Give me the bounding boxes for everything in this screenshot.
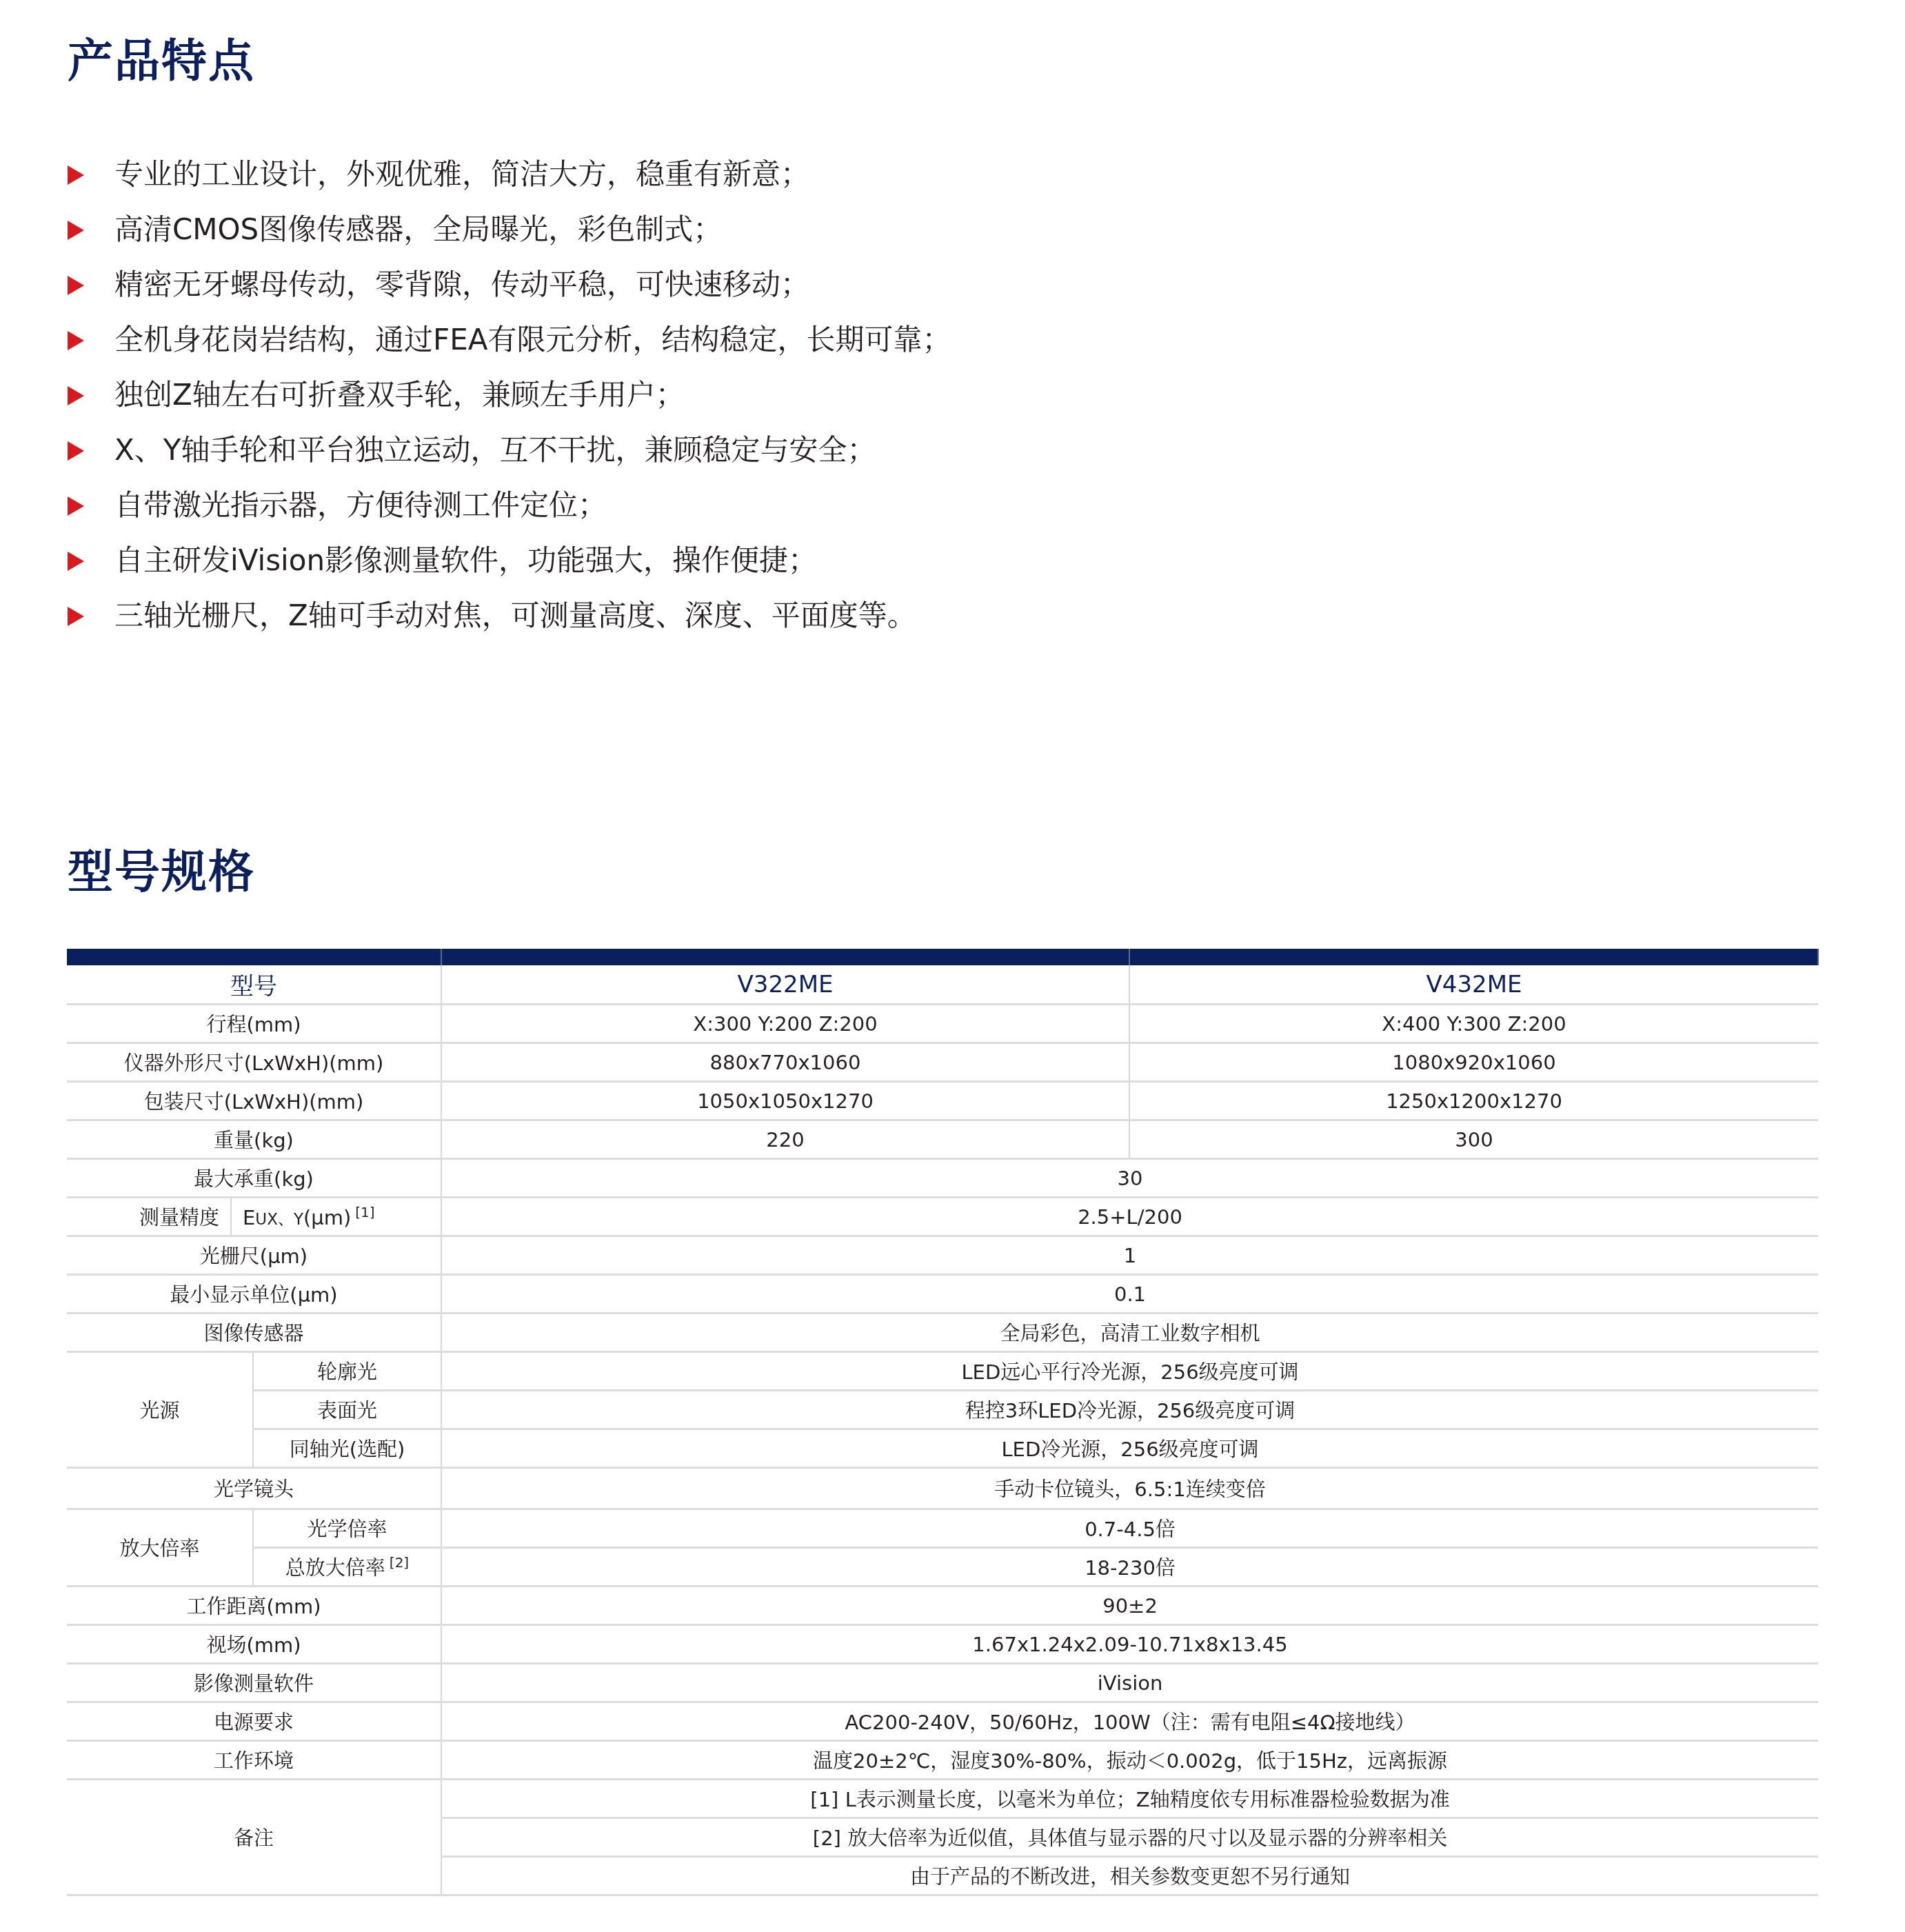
sub-label: 表面光	[253, 1391, 441, 1429]
feature-text: 自主研发iVision影像测量软件，功能强大，操作便捷；	[114, 538, 817, 579]
cell-value: 300	[1129, 1120, 1818, 1159]
feature-item: 独创Z轴左右可折叠双手轮，兼顾左手用户；	[68, 365, 951, 421]
bullet-triangle-icon	[68, 276, 84, 295]
cell-value: 程控3环LED冷光源，256级亮度可调	[441, 1391, 1818, 1429]
bullet-triangle-icon	[68, 165, 84, 185]
bullet-triangle-icon	[68, 496, 84, 516]
remark-line: [1] L表示测量长度，以毫米为单位；Z轴精度依专用标准器检验数据为准	[441, 1780, 1818, 1818]
bullet-triangle-icon	[68, 331, 84, 350]
spec-table: 型号 V322ME V432ME 行程(mm) X:300 Y:200 Z:20…	[67, 949, 1819, 1896]
table-row: 工作距离(mm) 90±2	[67, 1587, 1818, 1625]
table-row: 光栅尺(μm) 1	[67, 1236, 1818, 1275]
cell-value: 1250x1200x1270	[1129, 1082, 1818, 1120]
cell-value: 880x770x1060	[441, 1043, 1129, 1082]
features-title: 产品特点	[68, 39, 255, 84]
feature-item: 全机身花岗岩结构，通过FEA有限元分析，结构稳定，长期可靠；	[68, 310, 951, 365]
cell-value: 1	[441, 1236, 1818, 1275]
row-label: 最小显示单位(μm)	[67, 1275, 441, 1314]
row-label: 工作环境	[67, 1741, 441, 1780]
sub-label: 光学倍率	[253, 1509, 441, 1548]
cell-value: AC200-240V，50/60Hz，100W（注：需有电阻≤4Ω接地线）	[441, 1702, 1818, 1741]
table-row: 放大倍率 光学倍率 0.7-4.5倍	[67, 1509, 1818, 1548]
cell-value: 90±2	[441, 1587, 1818, 1625]
bullet-triangle-icon	[68, 607, 84, 626]
feature-text: 独创Z轴左右可折叠双手轮，兼顾左手用户；	[114, 372, 685, 414]
table-row: 工作环境 温度20±2℃，湿度30%-80%，振动＜0.002g，低于15Hz，…	[67, 1741, 1818, 1780]
table-row: 包装尺寸(LxWxH)(mm) 1050x1050x1270 1250x1200…	[67, 1082, 1818, 1120]
cell-value: 全局彩色，高清工业数字相机	[441, 1314, 1818, 1352]
cell-value: 1080x920x1060	[1129, 1043, 1818, 1082]
cell-value: 220	[441, 1120, 1129, 1159]
row-label: 行程(mm)	[67, 1005, 441, 1043]
cell-value: 30	[441, 1159, 1818, 1198]
row-label: 影像测量软件	[67, 1664, 441, 1702]
sub-label: 同轴光(选配)	[253, 1429, 441, 1468]
bullet-triangle-icon	[68, 386, 84, 405]
model-label: 型号	[67, 965, 441, 1005]
feature-text: 全机身花岗岩结构，通过FEA有限元分析，结构稳定，长期可靠；	[114, 317, 951, 359]
feature-item: 自带激光指示器，方便待测工件定位；	[68, 476, 951, 531]
row-label: 仪器外形尺寸(LxWxH)(mm)	[67, 1043, 441, 1082]
group-label-magnification: 放大倍率	[67, 1509, 253, 1587]
table-row: 同轴光(选配) LED冷光源，256级亮度可调	[67, 1429, 1818, 1468]
cell-value: 手动卡位镜头，6.5:1连续变倍	[441, 1468, 1818, 1509]
table-row: 光源 轮廓光 LED远心平行冷光源，256级亮度可调	[67, 1352, 1818, 1391]
table-row: 仪器外形尺寸(LxWxH)(mm) 880x770x1060 1080x920x…	[67, 1043, 1818, 1082]
cell-value: 1050x1050x1270	[441, 1082, 1129, 1120]
feature-text: 精密无牙螺母传动，零背隙，传动平稳，可快速移动；	[114, 262, 809, 303]
feature-text: 专业的工业设计，外观优雅，简洁大方，稳重有新意；	[114, 152, 809, 193]
table-header-bar	[67, 949, 1818, 965]
table-row: 表面光 程控3环LED冷光源，256级亮度可调	[67, 1391, 1818, 1429]
feature-text: X、Y轴手轮和平台独立运动，互不干扰，兼顾稳定与安全；	[114, 427, 876, 469]
cell-value: 18-230倍	[441, 1548, 1818, 1587]
row-label: 视场(mm)	[67, 1625, 441, 1664]
sub-label: 轮廓光	[253, 1352, 441, 1391]
row-label: 光栅尺(μm)	[67, 1236, 441, 1275]
feature-text: 自带激光指示器，方便待测工件定位；	[114, 483, 607, 524]
cell-value: 0.1	[441, 1275, 1818, 1314]
feature-item: X、Y轴手轮和平台独立运动，互不干扰，兼顾稳定与安全；	[68, 421, 951, 476]
accuracy-sublabel: EUX、Y(μm)[1]	[231, 1198, 441, 1236]
sub-label: 总放大倍率[2]	[253, 1548, 441, 1587]
bullet-triangle-icon	[68, 221, 84, 240]
feature-item: 专业的工业设计，外观优雅，简洁大方，稳重有新意；	[68, 145, 951, 200]
cell-value: LED冷光源，256级亮度可调	[441, 1429, 1818, 1468]
table-row: 最小显示单位(μm) 0.1	[67, 1275, 1818, 1314]
table-row: 视场(mm) 1.67x1.24x2.09-10.71x8x13.45	[67, 1625, 1818, 1664]
remark-line: 由于产品的不断改进，相关参数变更恕不另行通知	[441, 1857, 1818, 1895]
cell-value: LED远心平行冷光源，256级亮度可调	[441, 1352, 1818, 1391]
row-label: 重量(kg)	[67, 1120, 441, 1159]
model-v322me: V322ME	[441, 965, 1129, 1005]
remark-line: [2] 放大倍率为近似值，具体值与显示器的尺寸以及显示器的分辨率相关	[441, 1818, 1818, 1857]
group-label-light: 光源	[67, 1352, 253, 1468]
feature-item: 自主研发iVision影像测量软件，功能强大，操作便捷；	[68, 531, 951, 586]
table-row: 总放大倍率[2] 18-230倍	[67, 1548, 1818, 1587]
cell-value: iVision	[441, 1664, 1818, 1702]
table-row: 行程(mm) X:300 Y:200 Z:200 X:400 Y:300 Z:2…	[67, 1005, 1818, 1043]
row-label: 图像传感器	[67, 1314, 441, 1352]
table-row: 最大承重(kg) 30	[67, 1159, 1818, 1198]
feature-item: 精密无牙螺母传动，零背隙，传动平稳，可快速移动；	[68, 255, 951, 310]
table-row: 图像传感器 全局彩色，高清工业数字相机	[67, 1314, 1818, 1352]
row-label: 测量精度	[67, 1198, 231, 1236]
bullet-triangle-icon	[68, 441, 84, 461]
table-row: 备注 [1] L表示测量长度，以毫米为单位；Z轴精度依专用标准器检验数据为准	[67, 1780, 1818, 1818]
cell-value: X:400 Y:300 Z:200	[1129, 1005, 1818, 1043]
cell-value: 温度20±2℃，湿度30%-80%，振动＜0.002g，低于15Hz，远离振源	[441, 1741, 1818, 1780]
cell-value: 0.7-4.5倍	[441, 1509, 1818, 1548]
feature-text: 高清CMOS图像传感器，全局曝光，彩色制式；	[114, 207, 722, 248]
table-row: 光学镜头 手动卡位镜头，6.5:1连续变倍	[67, 1468, 1818, 1509]
features-list: 专业的工业设计，外观优雅，简洁大方，稳重有新意； 高清CMOS图像传感器，全局曝…	[68, 145, 951, 641]
table-row-model: 型号 V322ME V432ME	[67, 965, 1818, 1005]
table-row: 重量(kg) 220 300	[67, 1120, 1818, 1159]
row-label: 工作距离(mm)	[67, 1587, 441, 1625]
cell-value: 1.67x1.24x2.09-10.71x8x13.45	[441, 1625, 1818, 1664]
feature-item: 高清CMOS图像传感器，全局曝光，彩色制式；	[68, 200, 951, 255]
spec-title: 型号规格	[68, 849, 255, 895]
cell-value: 2.5+L/200	[441, 1198, 1818, 1236]
cell-value: X:300 Y:200 Z:200	[441, 1005, 1129, 1043]
table-row-accuracy: 测量精度 EUX、Y(μm)[1] 2.5+L/200	[67, 1198, 1818, 1236]
row-label: 包装尺寸(LxWxH)(mm)	[67, 1082, 441, 1120]
table-row: 电源要求 AC200-240V，50/60Hz，100W（注：需有电阻≤4Ω接地…	[67, 1702, 1818, 1741]
group-label-remarks: 备注	[67, 1780, 441, 1895]
row-label: 最大承重(kg)	[67, 1159, 441, 1198]
row-label: 电源要求	[67, 1702, 441, 1741]
footnote-2: [2]	[390, 1554, 409, 1571]
bullet-triangle-icon	[68, 552, 84, 571]
feature-text: 三轴光栅尺，Z轴可手动对焦，可测量高度、深度、平面度等。	[114, 593, 916, 634]
footnote-1: [1]	[355, 1204, 374, 1220]
row-label: 光学镜头	[67, 1468, 441, 1509]
table-row: 影像测量软件 iVision	[67, 1664, 1818, 1702]
model-v432me: V432ME	[1129, 965, 1818, 1005]
feature-item: 三轴光栅尺，Z轴可手动对焦，可测量高度、深度、平面度等。	[68, 586, 951, 641]
